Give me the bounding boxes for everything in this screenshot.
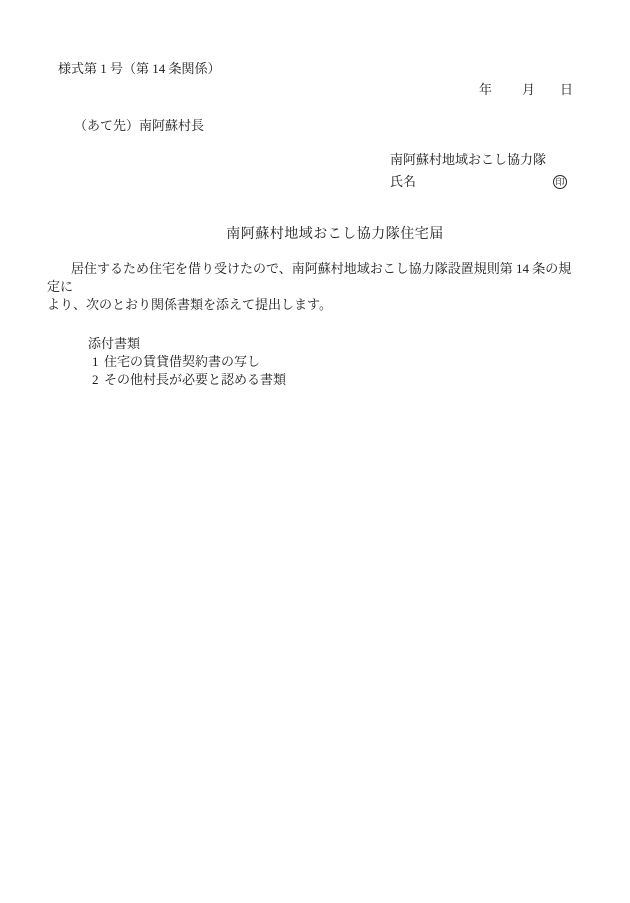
attachment-item-text: 住宅の賃貸借契約書の写し (104, 354, 260, 369)
addressee-line: （あて先）南阿蘇村長 (74, 117, 204, 135)
sender-organization: 南阿蘇村地域おこし協力隊 (390, 149, 567, 171)
attachment-item-number: 1 (92, 353, 104, 371)
attachments-heading: 添付書類 (88, 335, 140, 353)
body-paragraph: 居住するため住宅を借り受けたので、南阿蘇村地域おこし協力隊設置規則第 14 条の… (47, 260, 581, 314)
date-line: 年月日 (479, 81, 573, 99)
form-number: 様式第 1 号（第 14 条関係） (58, 60, 221, 78)
date-year-label: 年 (479, 82, 492, 97)
date-month-label: 月 (522, 82, 535, 97)
sender-name-row: 氏名 印 (390, 171, 567, 193)
attachment-item-number: 2 (92, 371, 104, 389)
sender-block: 南阿蘇村地域おこし協力隊 氏名 印 (390, 149, 567, 193)
name-label: 氏名 (390, 171, 416, 193)
date-day-label: 日 (560, 82, 573, 97)
document-page: 様式第 1 号（第 14 条関係） 年月日 （あて先）南阿蘇村長 南阿蘇村地域お… (0, 0, 630, 903)
seal-mark-icon: 印 (553, 175, 567, 189)
attachment-item-text: その他村長が必要と認める書類 (104, 372, 286, 387)
attachment-item: 2その他村長が必要と認める書類 (92, 371, 286, 389)
attachment-item: 1住宅の賃貸借契約書の写し (92, 353, 260, 371)
document-title: 南阿蘇村地域おこし協力隊住宅届 (0, 226, 630, 244)
